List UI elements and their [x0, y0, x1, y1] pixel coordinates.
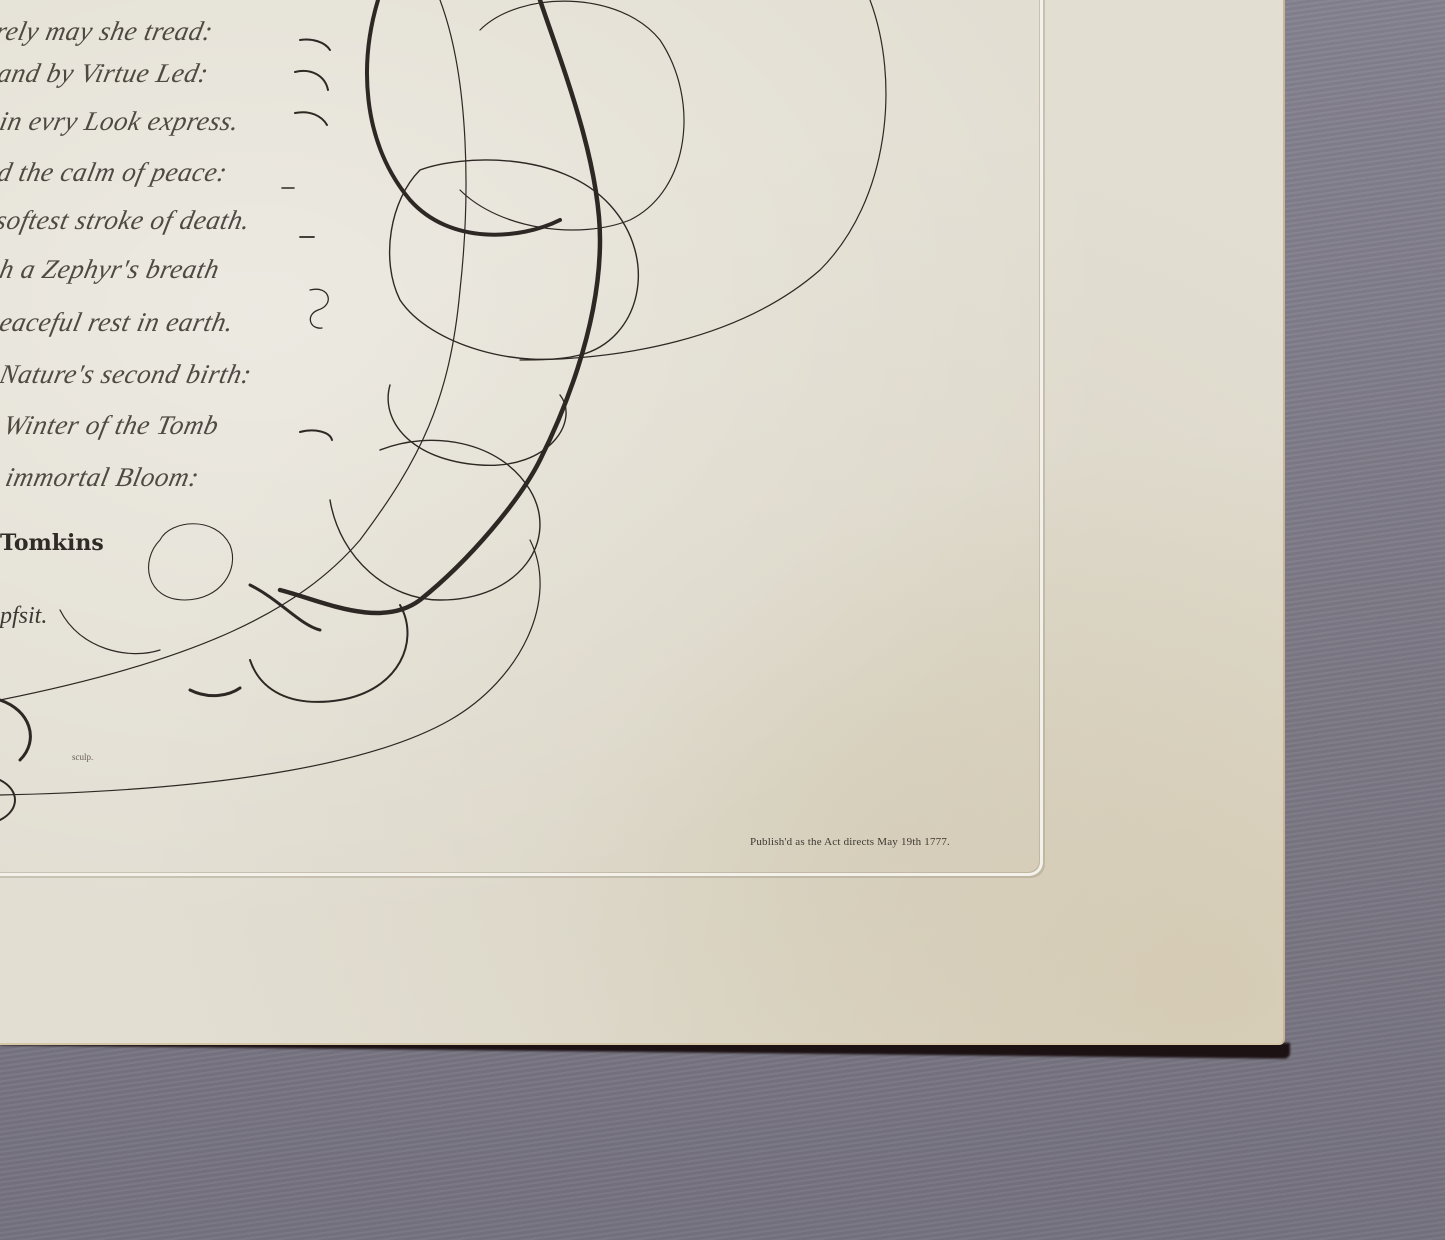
poem-line: rely may she tread:: [0, 16, 216, 47]
poem-line: in evry Look express.: [0, 106, 242, 137]
poem-line: Nature's second birth:: [0, 359, 255, 390]
engraver-signature: Tomkins: [0, 530, 104, 556]
poem-line: h a Zephyr's breath: [0, 254, 222, 285]
poem-line: eaceful rest in earth.: [0, 307, 237, 338]
publication-line: Publish'd as the Act directs May 19th 17…: [750, 836, 950, 848]
poem-line: softest stroke of death.: [0, 205, 253, 236]
poem-line: immortal Bloom:: [3, 462, 202, 493]
poem-line: Winter of the Tomb: [1, 410, 222, 441]
pinxit-mark: pfsit.: [0, 603, 47, 630]
poem-line: and by Virtue Led:: [0, 58, 212, 89]
sculpsit-mark: sculp.: [72, 752, 93, 762]
engraved-print-sheet: rely may she tread: and by Virtue Led: i…: [0, 0, 1285, 1045]
poem-line: d the calm of peace:: [0, 157, 230, 188]
